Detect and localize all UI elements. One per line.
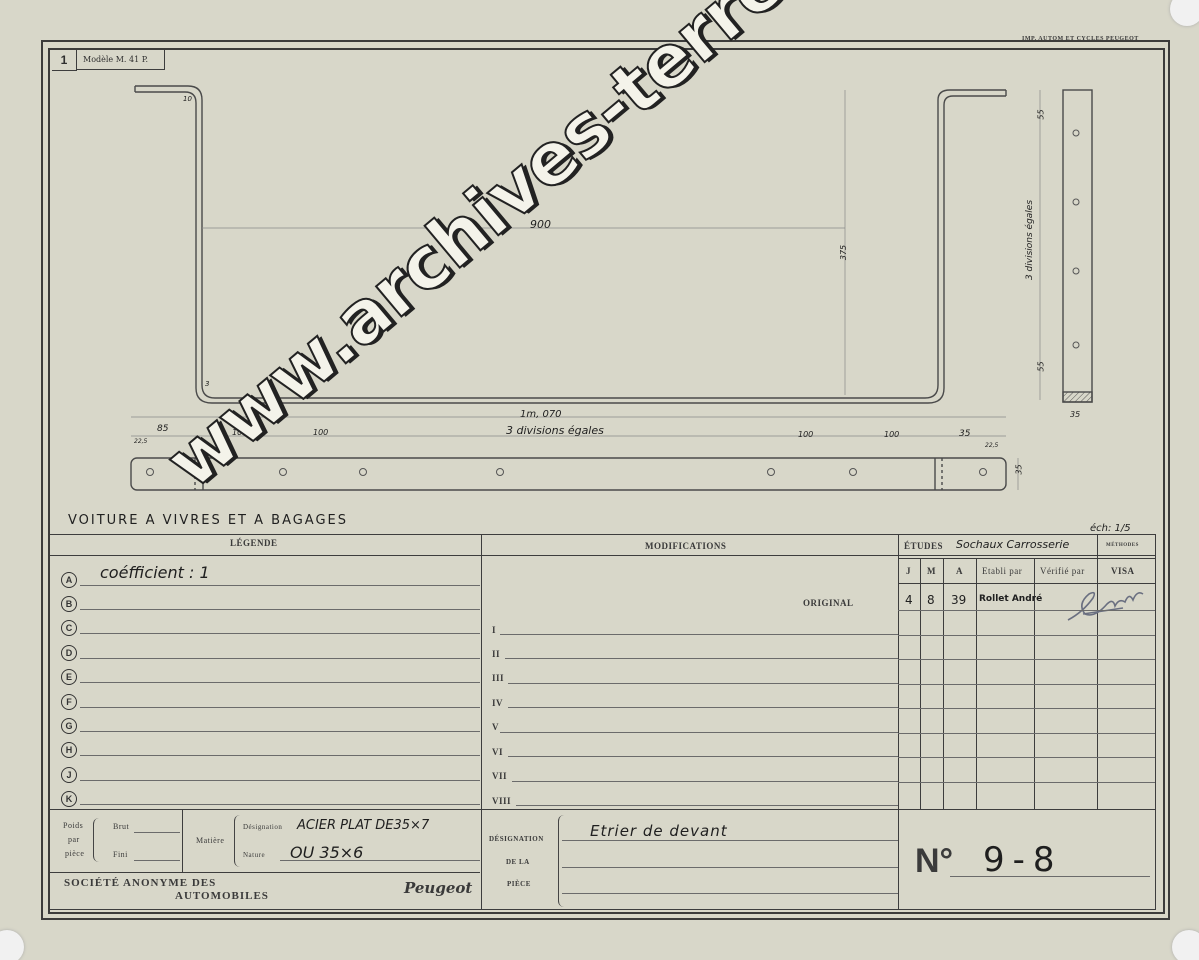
legende-letter-b: B bbox=[61, 596, 77, 612]
methodes-label: MÉTHODES bbox=[1106, 543, 1139, 548]
etudes-row-line bbox=[898, 635, 1155, 636]
legende-letter-d: D bbox=[61, 645, 77, 661]
tb-company-line bbox=[50, 872, 480, 873]
matiere-label: Matière bbox=[196, 836, 224, 845]
poids-brace bbox=[93, 818, 99, 862]
peugeot-logo: Peugeot bbox=[404, 879, 472, 897]
tb-v-legende bbox=[481, 534, 482, 910]
dim-100-c: 100 bbox=[798, 430, 813, 439]
legende-letter-c: C bbox=[61, 620, 77, 636]
matiere-brace bbox=[234, 815, 240, 867]
mod-line-ii bbox=[505, 658, 898, 659]
mod-row-ii: II bbox=[492, 649, 500, 659]
dim-35-side: 35 bbox=[1070, 410, 1080, 419]
mod-row-iii: III bbox=[492, 673, 504, 683]
entry-j: 4 bbox=[905, 593, 913, 607]
legende-letter-k: K bbox=[61, 791, 77, 807]
etudes-row-line bbox=[898, 782, 1155, 783]
company-line1: SOCIÉTÉ ANONYME DES bbox=[64, 877, 216, 889]
piece-value: Etrier de devant bbox=[590, 822, 728, 840]
legende-line-c bbox=[80, 633, 480, 634]
mod-row-i: I bbox=[492, 625, 496, 635]
legende-line-j bbox=[80, 780, 480, 781]
etudes-prefix: ÉTUDES bbox=[904, 541, 943, 551]
dim-total-length: 1m, 070 bbox=[520, 409, 562, 420]
original-label: ORIGINAL bbox=[803, 598, 854, 608]
dim-55-bottom: 55 bbox=[1037, 361, 1046, 371]
col-m: M bbox=[927, 566, 936, 576]
mod-line-v bbox=[500, 732, 898, 733]
mod-row-vii: VII bbox=[492, 771, 507, 781]
entry-m: 8 bbox=[927, 593, 935, 607]
visa-signature bbox=[1063, 584, 1153, 626]
entry-etabli: Rollet André bbox=[979, 594, 1042, 604]
mod-line-i bbox=[500, 634, 898, 635]
mod-line-viii bbox=[516, 805, 898, 806]
legende-letter-f: F bbox=[61, 694, 77, 710]
etudes-heading-handwritten: Sochaux Carrosserie bbox=[956, 538, 1069, 551]
mod-row-iv: IV bbox=[492, 698, 503, 708]
tb-top-line bbox=[50, 534, 1155, 535]
nature-line bbox=[280, 860, 480, 861]
brut-line bbox=[134, 832, 180, 833]
mod-line-vii bbox=[512, 781, 898, 782]
legende-line-b bbox=[80, 609, 480, 610]
etudes-row-line bbox=[898, 757, 1155, 758]
modifications-heading: MODIFICATIONS bbox=[645, 541, 726, 551]
dim-bend-3: 3 bbox=[205, 380, 209, 388]
tb-v-right bbox=[1155, 534, 1156, 910]
legende-line-k bbox=[80, 804, 480, 805]
mod-row-vi: VI bbox=[492, 747, 503, 757]
mod-row-v: V bbox=[492, 722, 499, 732]
legende-line-h bbox=[80, 755, 480, 756]
mod-line-vi bbox=[508, 756, 898, 757]
dim-35-bar: 35 bbox=[1015, 464, 1024, 474]
col-visa: VISA bbox=[1111, 566, 1135, 576]
mod-row-viii: VIII bbox=[492, 796, 511, 806]
technical-drawing bbox=[0, 0, 1199, 520]
col-etabli: Etabli par bbox=[982, 566, 1022, 576]
legende-letter-h: H bbox=[61, 742, 77, 758]
pin-bottom-left bbox=[0, 930, 24, 960]
poids-label-2: par bbox=[68, 835, 80, 844]
etudes-row-line bbox=[898, 610, 1155, 611]
number-line bbox=[950, 876, 1150, 877]
legende-line-d bbox=[80, 658, 480, 659]
poids-label-3: pièce bbox=[65, 849, 84, 858]
etudes-row-line bbox=[898, 708, 1155, 709]
tb-v-weights bbox=[182, 809, 183, 872]
drawing-sheet: IMP. AUTOM ET CYCLES PEUGEOT 1 Modèle M.… bbox=[0, 0, 1199, 960]
dim-22-5-left: 22,5 bbox=[134, 438, 147, 445]
designation-value: ACIER PLAT DE35×7 bbox=[297, 818, 429, 833]
fini-label: Fini bbox=[113, 850, 128, 859]
mod-line-iv bbox=[508, 707, 898, 708]
mod-line-iii bbox=[508, 683, 898, 684]
company-line2: AUTOMOBILES bbox=[175, 890, 269, 902]
piece-label-2: DE LA bbox=[506, 858, 530, 866]
dim-bend-10: 10 bbox=[183, 95, 192, 103]
dim-900: 900 bbox=[530, 218, 551, 231]
pin-bottom-right bbox=[1172, 930, 1199, 960]
dim-22-5-right: 22,5 bbox=[985, 442, 998, 449]
legende-line-g bbox=[80, 731, 480, 732]
number-value: 9-8 bbox=[983, 840, 1063, 880]
number-prefix: N° bbox=[915, 842, 953, 881]
legende-letter-a: A bbox=[61, 572, 77, 588]
dim-100-a: 100 bbox=[232, 428, 247, 437]
col-a: A bbox=[956, 566, 963, 576]
dim-100-d: 100 bbox=[884, 430, 899, 439]
legende-letter-j: J bbox=[61, 767, 77, 783]
drawing-title: VOITURE A VIVRES ET A BAGAGES bbox=[68, 513, 348, 528]
etudes-row-line bbox=[898, 733, 1155, 734]
brut-label: Brut bbox=[113, 822, 129, 831]
entry-a: 39 bbox=[951, 593, 966, 607]
dim-85-left: 85 bbox=[157, 424, 168, 434]
piece-line-1 bbox=[562, 840, 898, 841]
legende-line-a bbox=[80, 585, 480, 586]
poids-label-1: Poids bbox=[63, 821, 83, 830]
col-verifie: Vérifié par bbox=[1040, 566, 1085, 576]
piece-line-2 bbox=[562, 867, 898, 868]
legende-letter-g: G bbox=[61, 718, 77, 734]
etudes-head-line bbox=[898, 558, 1155, 559]
legende-letter-e: E bbox=[61, 669, 77, 685]
tb-mid-line bbox=[50, 809, 1155, 810]
legende-line-e bbox=[80, 682, 480, 683]
etudes-v-methodes bbox=[1097, 534, 1098, 810]
legende-line-f bbox=[80, 707, 480, 708]
dim-375: 375 bbox=[839, 245, 848, 260]
legende-a-text: coéfficient : 1 bbox=[100, 563, 210, 582]
dim-divisions-side: 3 divisions égales bbox=[1025, 200, 1035, 280]
tb-v-etudes bbox=[898, 534, 899, 910]
tb-header-line bbox=[50, 555, 1155, 556]
dim-55-top: 55 bbox=[1037, 109, 1046, 119]
tb-bottom-line bbox=[50, 909, 1155, 910]
scale-label: éch: 1/5 bbox=[1090, 523, 1131, 534]
etudes-row-line bbox=[898, 684, 1155, 685]
designation-label: Désignation bbox=[243, 823, 282, 831]
dim-divisions-bottom: 3 divisions égales bbox=[506, 424, 604, 437]
piece-line-3 bbox=[562, 893, 898, 894]
nature-label: Nature bbox=[243, 851, 265, 859]
piece-label-3: PIÈCE bbox=[507, 880, 531, 888]
col-j: J bbox=[906, 566, 911, 576]
legende-heading: LÉGENDE bbox=[230, 538, 278, 548]
dim-35-right: 35 bbox=[959, 429, 970, 439]
etudes-row-line bbox=[898, 659, 1155, 660]
dim-100-b: 100 bbox=[313, 428, 328, 437]
piece-label-1: DÉSIGNATION bbox=[489, 835, 544, 843]
fini-line bbox=[134, 860, 180, 861]
